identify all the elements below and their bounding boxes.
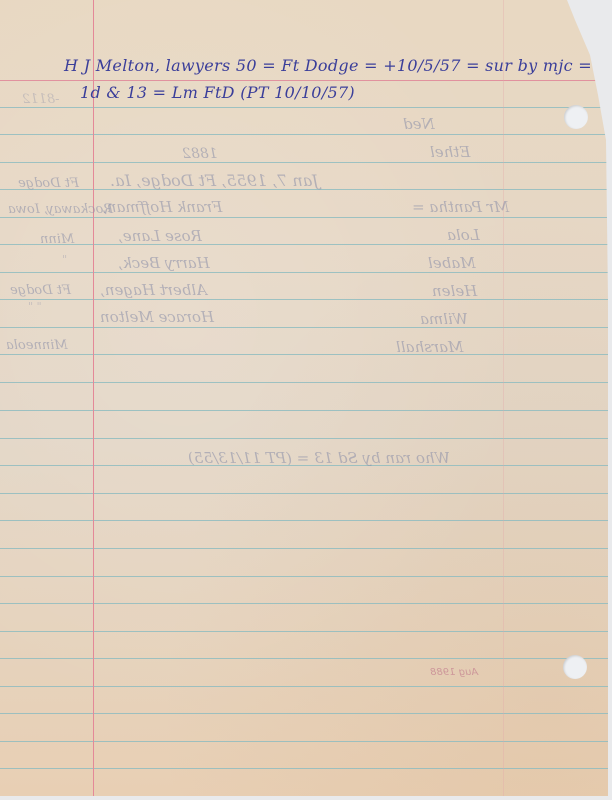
ruled-line	[0, 410, 608, 411]
top-red-rule	[0, 80, 608, 81]
bleed-right-entry: Wilma	[420, 310, 468, 328]
bleed-right-entry: Mr Pantha =	[412, 198, 509, 216]
ruled-line	[0, 134, 608, 135]
bleed-center-entry: Harry Beck,	[118, 254, 210, 272]
left-margin-line	[93, 0, 94, 796]
punch-hole-bottom	[563, 655, 587, 679]
bleed-right-entry: Helen	[432, 282, 477, 300]
bleed-left-ditto: " "	[28, 300, 42, 313]
notebook-page: -8112 Ned Ethel 1882 Jan 7, 1955, Ft Dod…	[0, 0, 608, 796]
bleed-center-header: 1882	[182, 146, 218, 162]
ruled-line	[0, 107, 608, 108]
bleed-center-entry: Frank Hoffman,	[102, 198, 222, 216]
bleed-bottom-note: Who ran by Sd 13 = (PT 11/13/55)	[188, 449, 450, 467]
ruled-line	[0, 217, 608, 218]
ruled-line	[0, 493, 608, 494]
bleed-center-entry: Jan 7, 1955, Ft Dodge, Ia.	[110, 171, 319, 190]
ruled-line	[0, 686, 608, 687]
ruled-line	[0, 548, 608, 549]
ruled-line	[0, 658, 608, 659]
bleed-left-entry: Rockaway, Iowa	[8, 202, 113, 217]
ruled-line	[0, 382, 608, 383]
bleed-left-ditto: "	[62, 253, 67, 266]
bleed-right-entry: Ethel	[430, 143, 470, 161]
bleed-top-number: -8112	[22, 92, 59, 107]
bleed-right-entry: Mabel	[428, 254, 476, 272]
ruled-line	[0, 354, 608, 355]
bleed-left-entry: Ft Dodge	[18, 176, 79, 191]
front-handwriting-line-2: 1d & 13 = Lm FtD (PT 10/10/57)	[80, 83, 355, 102]
ruled-line	[0, 768, 608, 769]
right-margin-bleed-line	[503, 0, 504, 796]
ruled-line	[0, 438, 608, 439]
bleed-left-entry: Minn	[40, 232, 74, 247]
ruled-line	[0, 603, 608, 604]
ruled-line	[0, 327, 608, 328]
red-pencil-note: Aug 1988	[430, 667, 478, 678]
ruled-line	[0, 576, 608, 577]
bleed-left-entry: Ft Dodge	[10, 283, 71, 298]
ruled-line	[0, 520, 608, 521]
scanner-background	[0, 796, 612, 800]
ruled-line	[0, 299, 608, 300]
bleed-center-entry: Albert Hagen,	[100, 281, 207, 299]
bleed-right-entry: Ned	[403, 115, 435, 133]
ruled-line	[0, 631, 608, 632]
bleed-right-entry: Marshall	[396, 338, 463, 356]
ruled-line	[0, 713, 608, 714]
front-handwriting-line-1: H J Melton, lawyers 50 = Ft Dodge = +10/…	[64, 56, 592, 75]
ruled-line	[0, 741, 608, 742]
bleed-right-entry: Lola	[447, 226, 480, 244]
ruled-line	[0, 162, 608, 163]
bleed-center-entry: Horace Melton	[100, 308, 214, 326]
bleed-center-entry: Rose Lane,	[118, 227, 202, 245]
ruled-line	[0, 272, 608, 273]
punch-hole-top	[564, 105, 588, 129]
ruled-line	[0, 244, 608, 245]
bleed-left-entry: Minneola	[6, 338, 68, 353]
